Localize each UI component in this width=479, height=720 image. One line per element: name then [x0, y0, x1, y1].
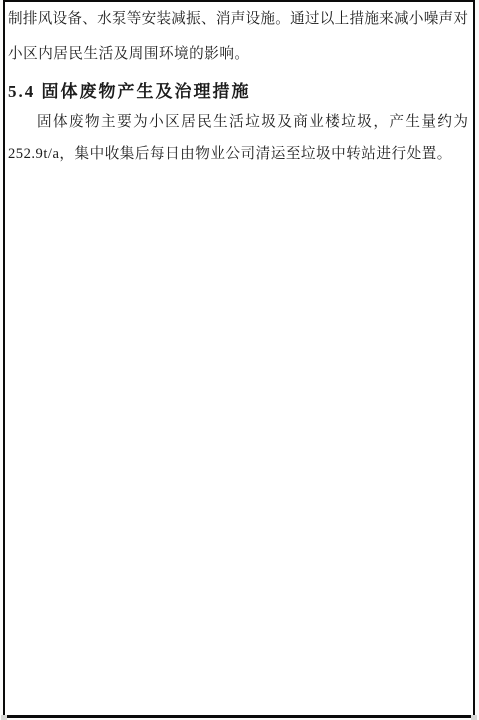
section-heading: 5.4 固体废物产生及治理措施 — [8, 80, 468, 104]
solid-waste-paragraph-line-1: 固体废物主要为小区居民生活垃圾及商业楼垃圾，产生量约为 — [8, 112, 468, 132]
scan-artifact — [1, 715, 7, 720]
noise-paragraph-line-2: 小区内居民生活及周围环境的影响。 — [8, 44, 468, 64]
scan-artifact — [471, 715, 477, 720]
document-page: 制排风设备、水泵等安装减振、消声设施。通过以上措施来减小噪声对 小区内居民生活及… — [3, 0, 475, 718]
solid-waste-paragraph-line-2: 252.9t/a，集中收集后每日由物业公司清运至垃圾中转站进行处置。 — [8, 144, 468, 164]
page-content: 制排风设备、水泵等安装减振、消声设施。通过以上措施来减小噪声对 小区内居民生活及… — [5, 2, 473, 164]
noise-paragraph-line-1: 制排风设备、水泵等安装减振、消声设施。通过以上措施来减小噪声对 — [8, 9, 468, 29]
